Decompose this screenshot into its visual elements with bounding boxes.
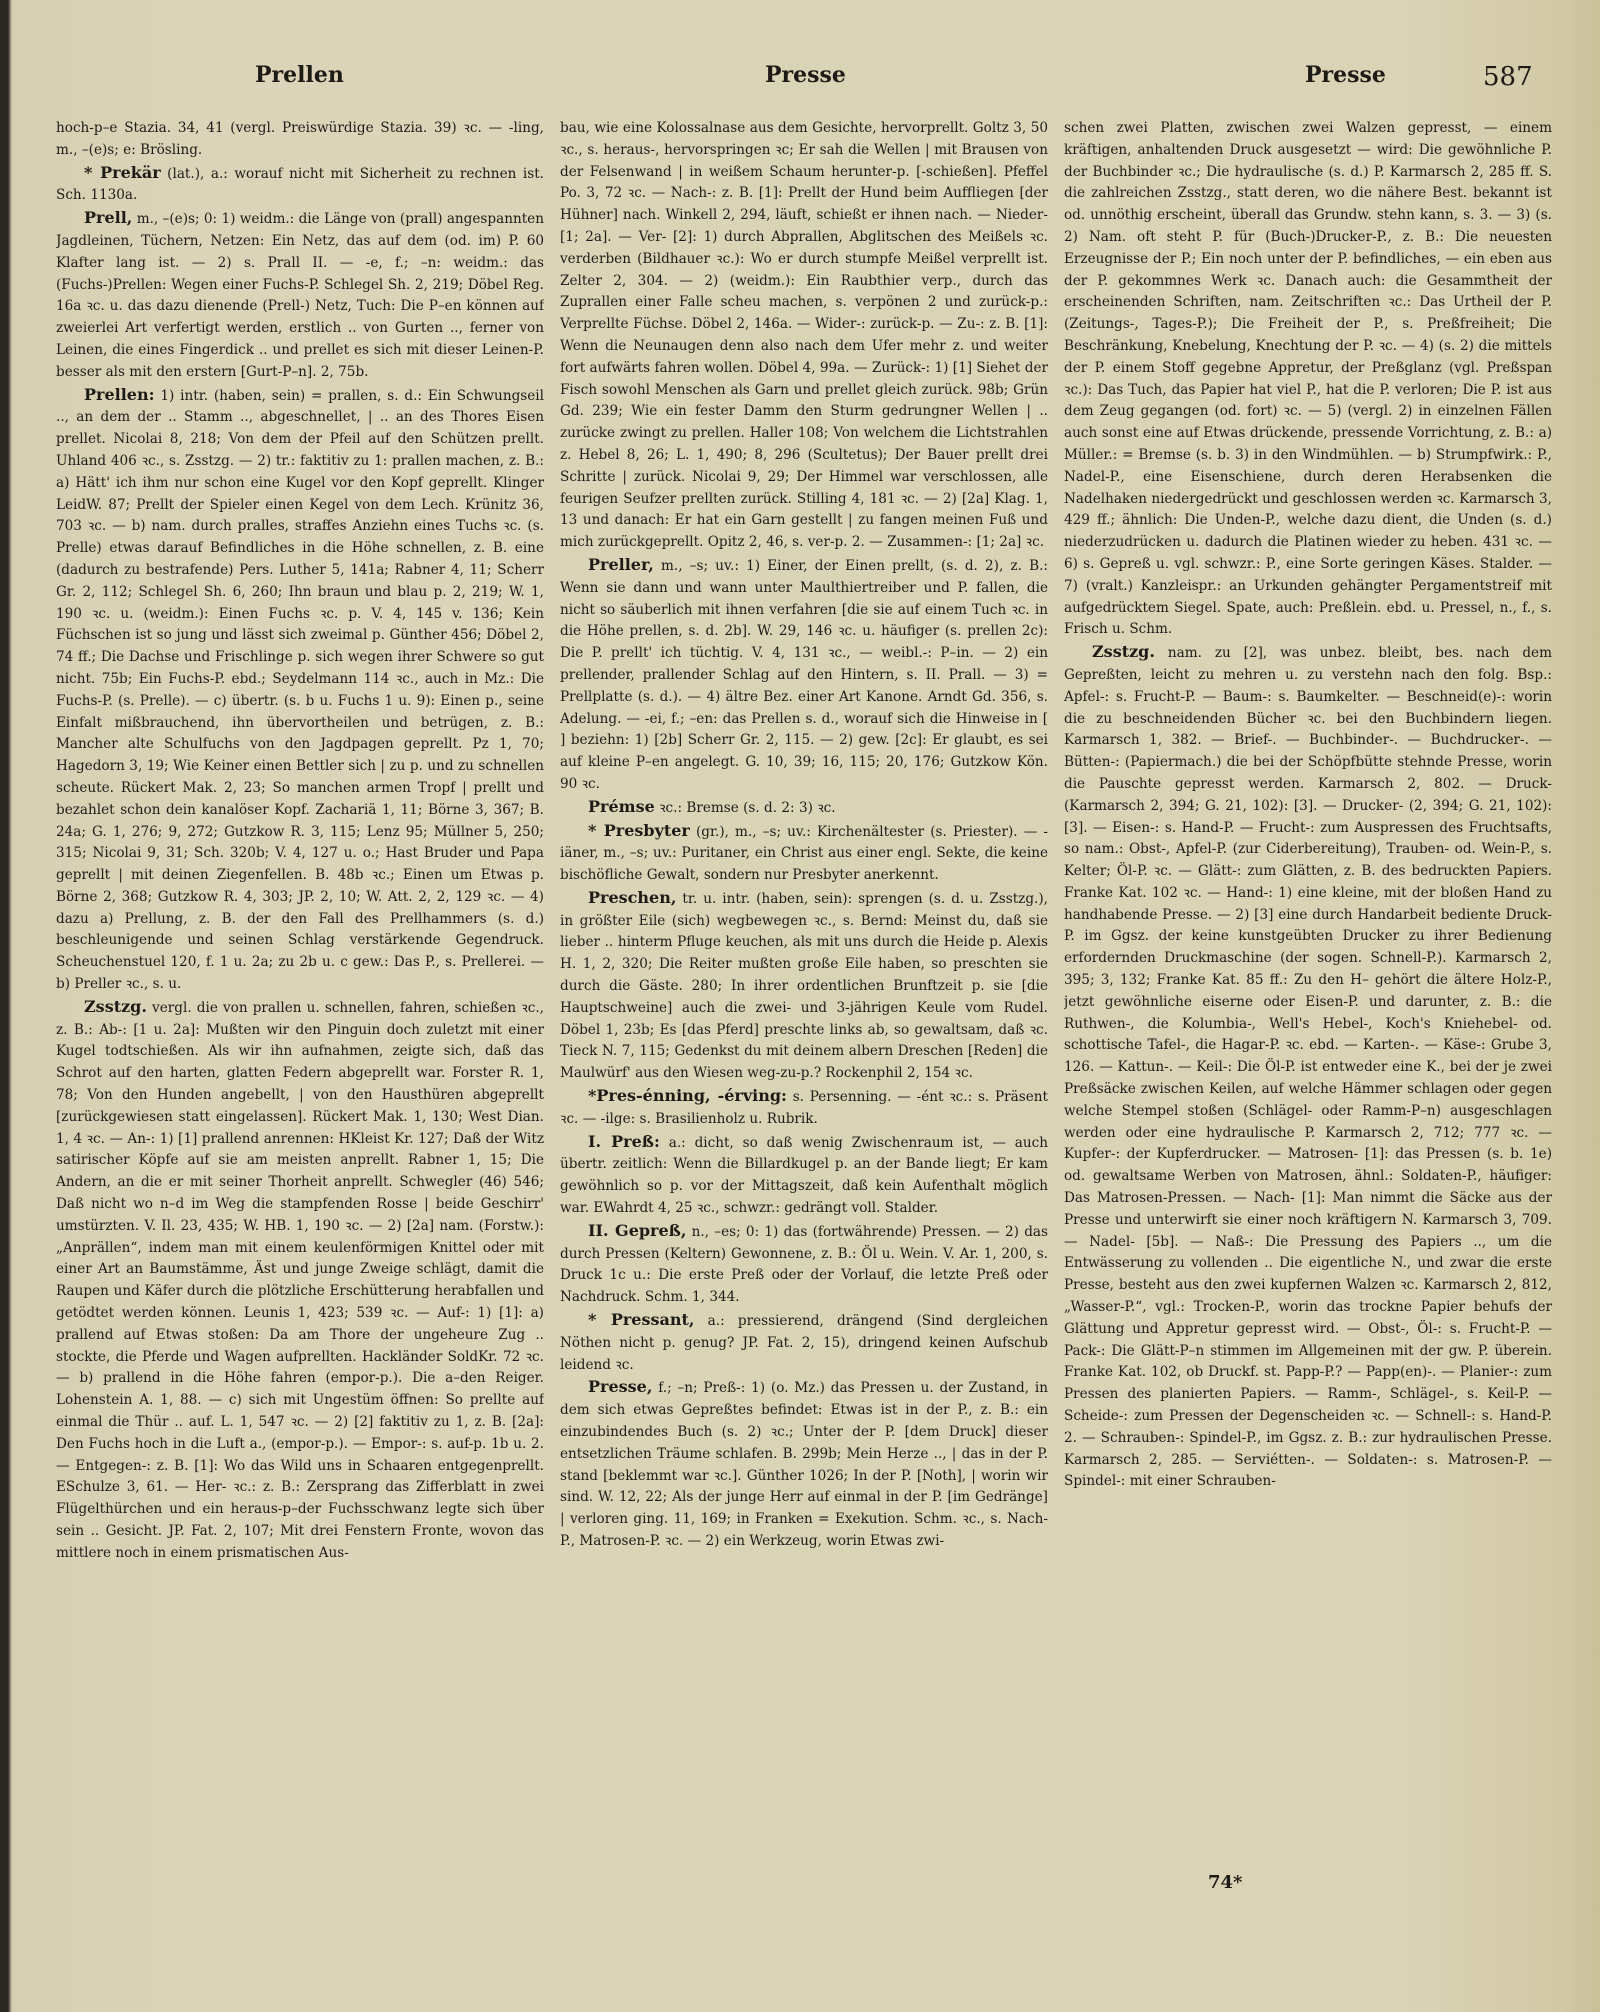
dictionary-entry: I. Preß: a.: dicht, so daß wenig Zwische…	[560, 1131, 1048, 1220]
headword: Prémse	[588, 797, 655, 816]
running-head-right: Presse	[1305, 62, 1386, 88]
entry-text: hoch-p–e Stazia. 34, 41 (vergl. Preiswür…	[56, 120, 544, 158]
entry-text: nam. zu [2], was unbez. bleibt, bes. nac…	[1064, 645, 1552, 1489]
entry-text: ꝛc.: Bremse (s. d. 2: 3) ꝛc.	[655, 800, 836, 816]
entry-continuation: schen zwei Platten, zwischen zwei Walzen…	[1064, 118, 1552, 641]
entry-continuation: hoch-p–e Stazia. 34, 41 (vergl. Preiswür…	[56, 118, 544, 162]
headword: Prell,	[84, 208, 132, 227]
page-number: 587	[1483, 62, 1533, 92]
dictionary-entry: * Prekär (lat.), a.: worauf nicht mit Si…	[56, 162, 544, 208]
headword: * Pressant,	[588, 1310, 694, 1329]
column-1: hoch-p–e Stazia. 34, 41 (vergl. Preiswür…	[56, 118, 544, 1858]
headword: Preschen,	[588, 888, 676, 907]
entry-text: vergl. die von prallen u. schnellen, fah…	[56, 1000, 544, 1561]
dictionary-entry: * Pressant, a.: pressierend, drängend (S…	[560, 1309, 1048, 1376]
dictionary-entry: Preller, m., –s; uv.: 1) Einer, der Eine…	[560, 554, 1048, 796]
text-columns: hoch-p–e Stazia. 34, 41 (vergl. Preiswür…	[56, 118, 1552, 1858]
headword: Zsstzg.	[1092, 642, 1155, 661]
dictionary-entry: Zsstzg. nam. zu [2], was unbez. bleibt, …	[1064, 641, 1552, 1493]
entry-text: schen zwei Platten, zwischen zwei Walzen…	[1064, 120, 1552, 637]
headword: Zsstzg.	[84, 997, 147, 1016]
dictionary-entry: Preschen, tr. u. intr. (haben, sein): sp…	[560, 887, 1048, 1085]
column-3: schen zwei Platten, zwischen zwei Walzen…	[1064, 118, 1552, 1858]
dictionary-entry: Prell, m., –(e)s; 0: 1) weidm.: die Läng…	[56, 207, 544, 383]
headword: Presse,	[588, 1377, 652, 1396]
entry-text: m., –s; uv.: 1) Einer, der Einen prellt,…	[560, 558, 1048, 792]
dictionary-page: Prellen Presse Presse 587 hoch-p–e Stazi…	[0, 0, 1600, 2012]
column-2: bau, wie eine Kolossalnase aus dem Gesic…	[560, 118, 1048, 1858]
entry-text: tr. u. intr. (haben, sein): sprengen (s.…	[560, 891, 1048, 1081]
running-head-left: Prellen	[255, 62, 344, 88]
dictionary-entry: *Pres-énning, -érving: s. Persenning. — …	[560, 1085, 1048, 1131]
headword: * Prekär	[84, 163, 161, 182]
headword: I. Preß:	[588, 1132, 660, 1151]
entry-text: 1) intr. (haben, sein) = prallen, s. d.:…	[56, 388, 544, 993]
dictionary-entry: Zsstzg. vergl. die von prallen u. schnel…	[56, 996, 544, 1565]
entry-text: bau, wie eine Kolossalnase aus dem Gesic…	[560, 120, 1048, 550]
running-head: Prellen Presse Presse 587	[255, 62, 1575, 102]
headword: II. Gepreß,	[588, 1221, 686, 1240]
entry-text: m., –(e)s; 0: 1) weidm.: die Länge von (…	[56, 211, 544, 380]
entry-text: f.; –n; Preß-: 1) (o. Mz.) das Pressen u…	[560, 1380, 1048, 1549]
dictionary-entry: Presse, f.; –n; Preß-: 1) (o. Mz.) das P…	[560, 1376, 1048, 1552]
headword: Preller,	[588, 555, 654, 574]
running-head-middle: Presse	[765, 62, 846, 88]
headword: * Presbyter	[588, 821, 690, 840]
dictionary-entry: Prellen: 1) intr. (haben, sein) = pralle…	[56, 384, 544, 996]
dictionary-entry: Prémse ꝛc.: Bremse (s. d. 2: 3) ꝛc.	[560, 796, 1048, 820]
signature-mark: 74*	[1208, 1872, 1242, 1893]
headword: *Pres-énning, -érving:	[588, 1086, 787, 1105]
entry-continuation: bau, wie eine Kolossalnase aus dem Gesic…	[560, 118, 1048, 554]
headword: Prellen:	[84, 385, 155, 404]
dictionary-entry: II. Gepreß, n., –es; 0: 1) das (fortwähr…	[560, 1220, 1048, 1309]
dictionary-entry: * Presbyter (gr.), m., –s; uv.: Kirchenä…	[560, 820, 1048, 887]
